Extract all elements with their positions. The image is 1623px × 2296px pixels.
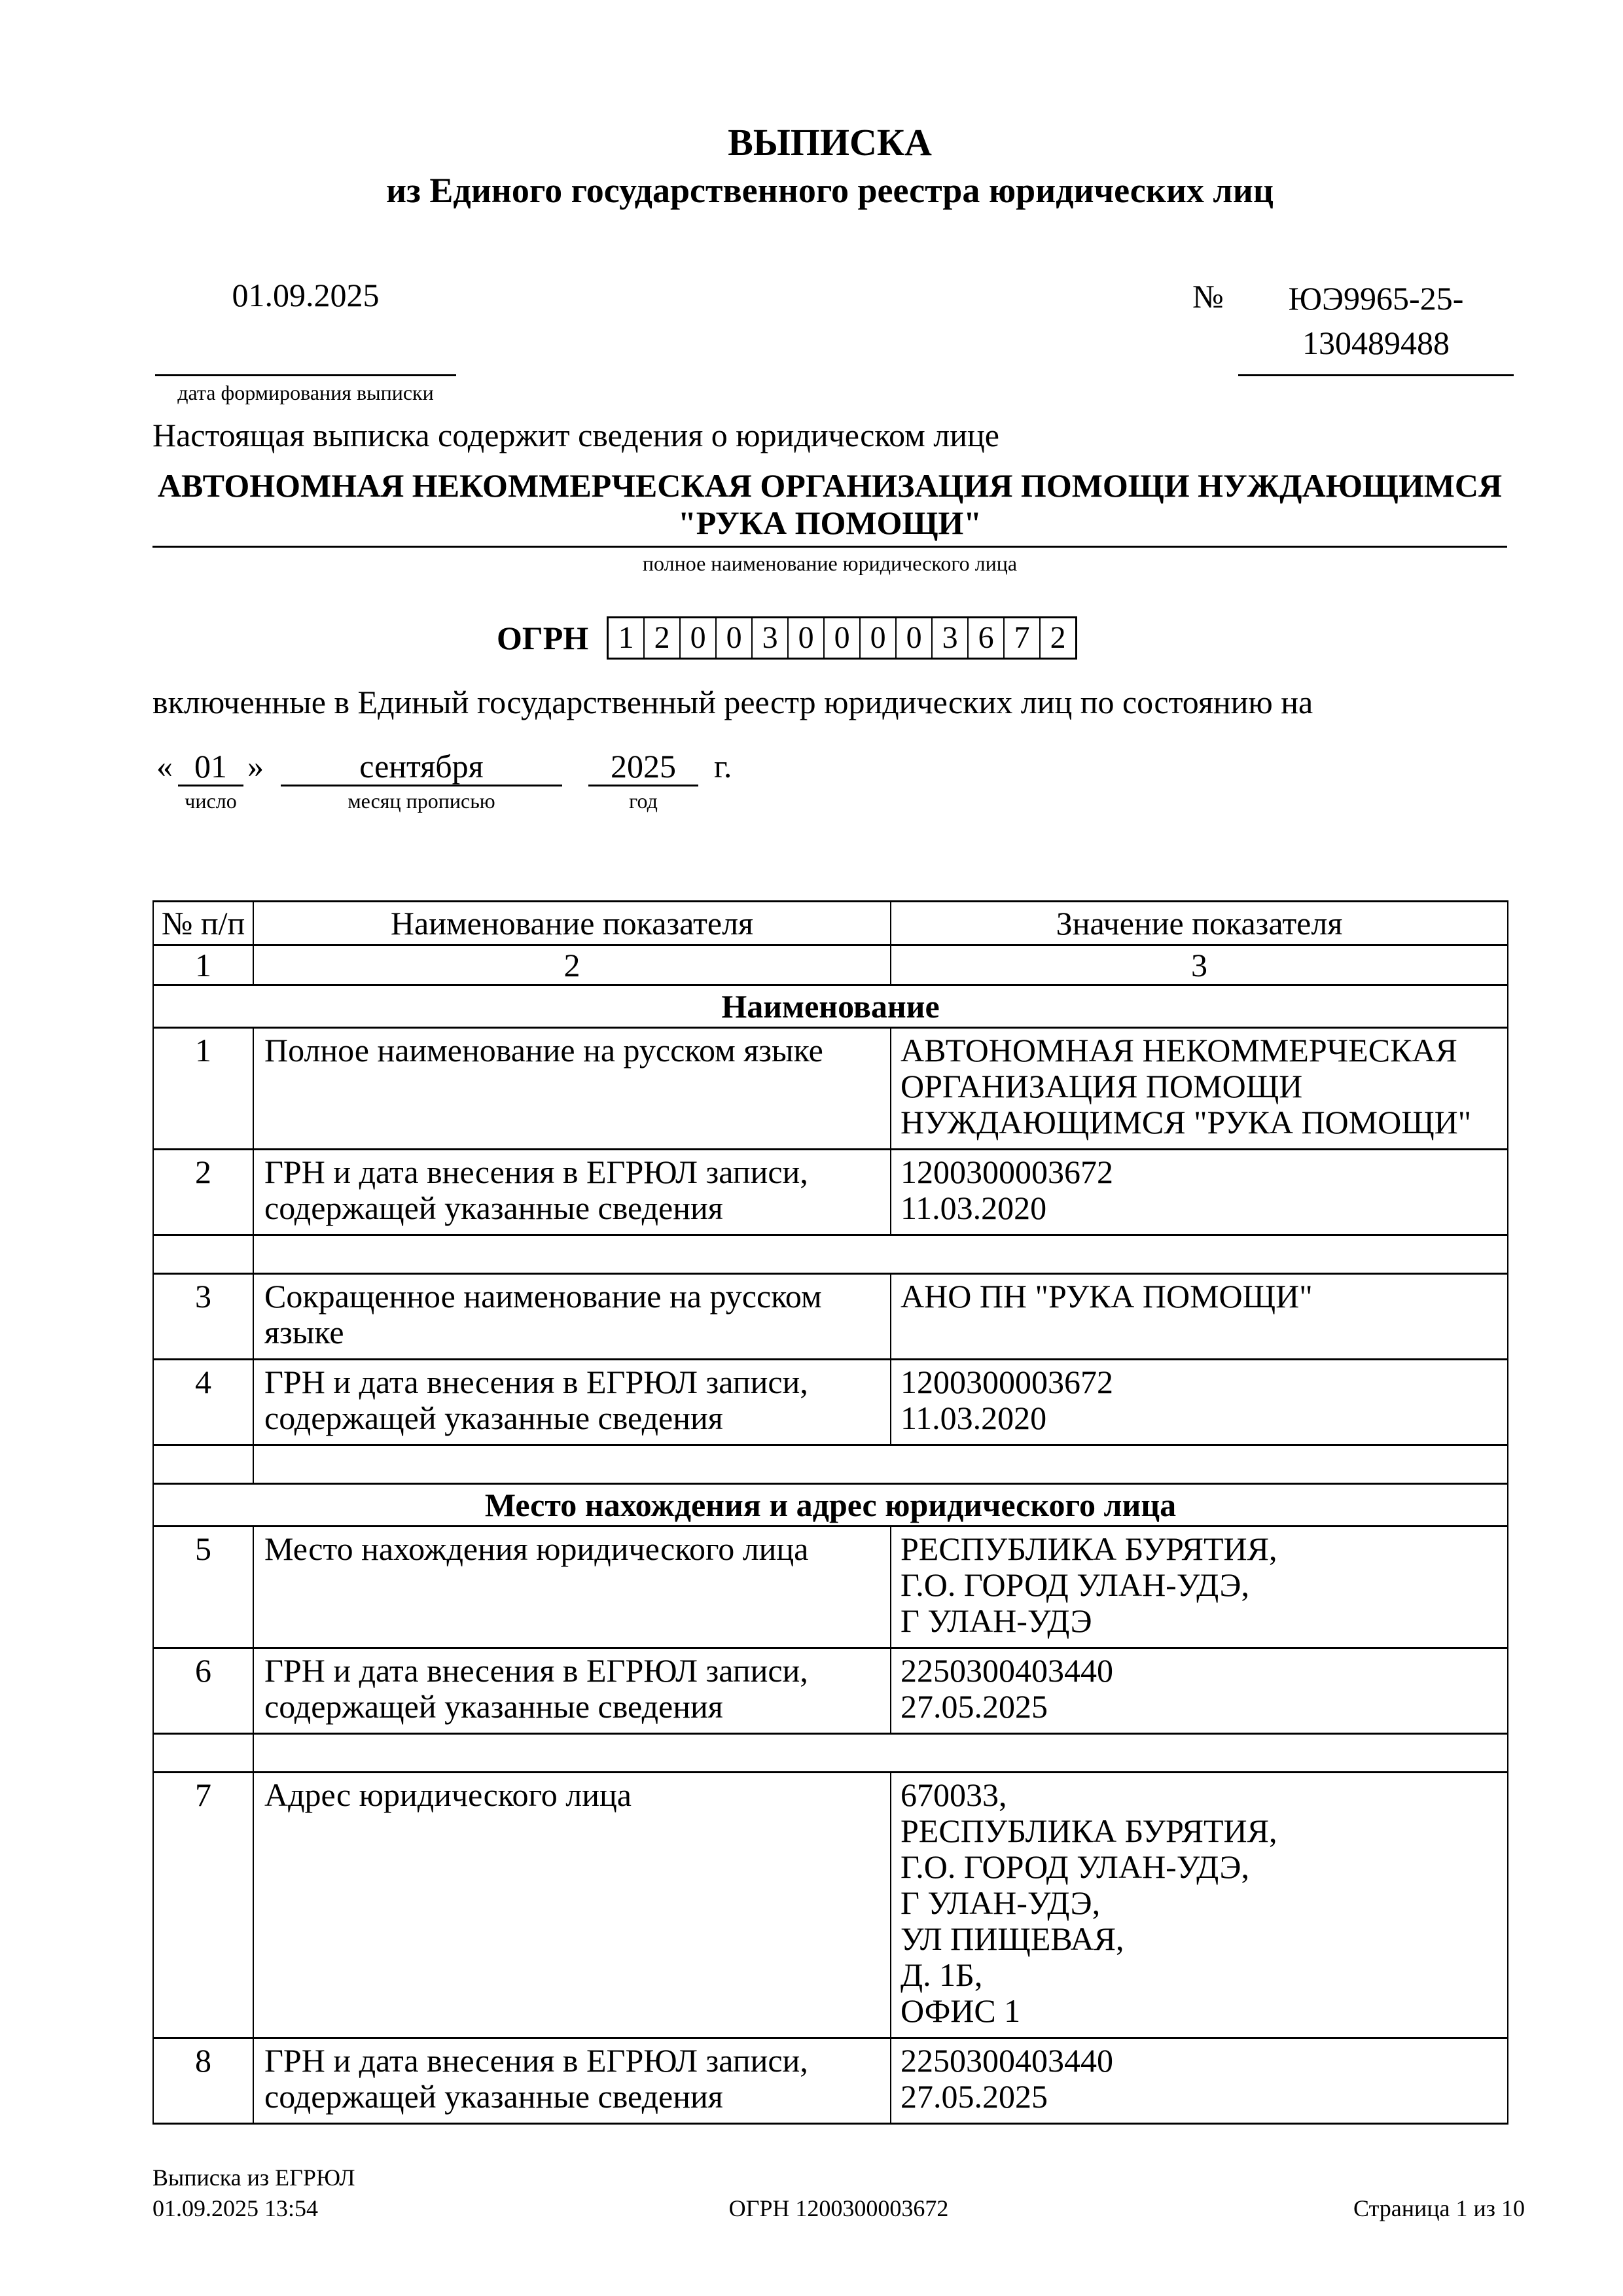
ogrn-row: ОГРН 1 2 0 0 3 0 0 0 0 3 6 7 2 [152,616,1507,660]
org-name-caption: полное наименование юридического лица [152,552,1507,576]
table-row: 3 Сокращенное наименование на русском яз… [153,1273,1508,1359]
document-content: ВЫПИСКА из Единого государственного реес… [152,0,1507,2125]
section-title: Наименование [153,985,1508,1027]
footer-datetime: 01.09.2025 13:54 [152,2193,729,2224]
ogrn-digit-cell: 0 [895,618,931,658]
footer-page-number: Страница 1 из 10 [948,2193,1525,2224]
row-value-cell: АВТОНОМНАЯ НЕКОММЕРЧЕСКАЯ ОРГАНИЗАЦИЯ ПО… [891,1027,1508,1149]
extract-number: ЮЭ9965-25- 130489488 [1238,276,1514,374]
month-caption: месяц прописью [281,789,562,813]
footer-doc-type: Выписка из ЕГРЮЛ [152,2163,729,2193]
row-value-cell: РЕСПУБЛИКА БУРЯТИЯ, Г.О. ГОРОД УЛАН-УДЭ,… [891,1526,1508,1648]
col-number-2: 2 [253,945,891,985]
row-value-cell: 670033, РЕСПУБЛИКА БУРЯТИЯ, Г.О. ГОРОД У… [891,1772,1508,2038]
table-row: 5 Место нахождения юридического лица РЕС… [153,1526,1508,1648]
header-meta-row: 01.09.2025 дата формирования выписки № Ю… [152,276,1507,407]
number-sign: № [1192,277,1224,315]
ogrn-digit-cell: 3 [931,618,967,658]
row-name-cell: ГРН и дата внесения в ЕГРЮЛ записи, соде… [253,1149,891,1235]
ogrn-label: ОГРН [497,619,588,657]
org-full-name: АВТОНОМНАЯ НЕКОММЕРЧЕСКАЯ ОРГАНИЗАЦИЯ ПО… [152,467,1507,542]
section-row-address: Место нахождения и адрес юридического ли… [153,1483,1508,1526]
year-suffix: г. [714,747,732,785]
extract-number-underline [1238,374,1514,376]
row-value-cell: 1200300003672 11.03.2020 [891,1359,1508,1445]
extract-number-block: № ЮЭ9965-25- 130489488 [1238,276,1514,376]
included-line: включенные в Единый государственный реес… [152,683,1507,721]
as-of-year: 2025 [611,748,676,785]
ogrn-digit-cell: 2 [1039,618,1075,658]
ogrn-digit-cell: 3 [751,618,787,658]
row-name-cell: ГРН и дата внесения в ЕГРЮЛ записи, соде… [253,2038,891,2123]
col-number-3: 3 [891,945,1508,985]
row-number-cell: 3 [153,1273,253,1359]
row-value-cell: 2250300403440 27.05.2025 [891,2038,1508,2123]
section-row-naming: Наименование [153,985,1508,1027]
registry-table: № п/п Наименование показателя Значение п… [152,900,1508,2125]
spacer-row [153,1733,1508,1772]
row-value-cell: 1200300003672 11.03.2020 [891,1149,1508,1235]
row-number-cell: 7 [153,1772,253,2038]
row-value-cell: 2250300403440 27.05.2025 [891,1648,1508,1733]
header-value: Значение показателя [891,901,1508,945]
spacer-row [153,1235,1508,1273]
footer-left: Выписка из ЕГРЮЛ 01.09.2025 13:54 [152,2163,729,2224]
day-caption: число [178,789,243,813]
row-name-cell: Сокращенное наименование на русском язык… [253,1273,891,1359]
ogrn-digit-cell: 0 [859,618,895,658]
as-of-year-segment: 2025 год [588,747,698,786]
as-of-month-segment: сентября месяц прописью [281,747,562,786]
extract-date-block: 01.09.2025 дата формирования выписки [155,276,456,404]
ogrn-digit-boxes: 1 2 0 0 3 0 0 0 0 3 6 7 2 [607,616,1077,660]
as-of-month: сентября [359,748,483,785]
org-name-rule [152,546,1507,548]
ogrn-digit-cell: 1 [609,618,643,658]
row-name-cell: Место нахождения юридического лица [253,1526,891,1648]
as-of-day: 01 [194,748,227,785]
row-number-cell: 1 [153,1027,253,1149]
ogrn-digit-cell: 2 [643,618,679,658]
row-number-cell: 4 [153,1359,253,1445]
row-number-cell: 8 [153,2038,253,2123]
row-name-cell: ГРН и дата внесения в ЕГРЮЛ записи, соде… [253,1359,891,1445]
row-number-cell: 5 [153,1526,253,1648]
spacer-row [153,1445,1508,1483]
extract-date-underline [155,374,456,376]
table-row: 4 ГРН и дата внесения в ЕГРЮЛ записи, со… [153,1359,1508,1445]
table-row: 8 ГРН и дата внесения в ЕГРЮЛ записи, со… [153,2038,1508,2123]
row-name-cell: Адрес юридического лица [253,1772,891,2038]
section-title: Место нахождения и адрес юридического ли… [153,1483,1508,1526]
extract-date-caption: дата формирования выписки [155,381,456,404]
table-row: 7 Адрес юридического лица 670033, РЕСПУБ… [153,1772,1508,2038]
ogrn-digit-cell: 0 [715,618,751,658]
document-subtitle: из Единого государственного реестра юрид… [152,170,1507,211]
document-title: ВЫПИСКА [152,121,1507,165]
ogrn-digit-cell: 0 [787,618,823,658]
table-row: 6 ГРН и дата внесения в ЕГРЮЛ записи, со… [153,1648,1508,1733]
column-numbers-row: 1 2 3 [153,945,1508,985]
year-caption: год [588,789,698,813]
table-header-row: № п/п Наименование показателя Значение п… [153,901,1508,945]
col-number-1: 1 [153,945,253,985]
as-of-date-row: « 01 число » сентября месяц прописью 202… [152,747,1507,822]
ogrn-digit-cell: 7 [1003,618,1039,658]
page-footer: Выписка из ЕГРЮЛ 01.09.2025 13:54 ОГРН 1… [152,2163,1525,2224]
row-number-cell: 6 [153,1648,253,1733]
row-name-cell: Полное наименование на русском языке [253,1027,891,1149]
document-page: ВЫПИСКА из Единого государственного реес… [0,0,1623,2296]
row-number-cell: 2 [153,1149,253,1235]
ogrn-digit-cell: 0 [679,618,715,658]
header-name: Наименование показателя [253,901,891,945]
as-of-day-segment: 01 число [178,747,243,786]
intro-line: Настоящая выписка содержит сведения о юр… [152,416,1507,454]
ogrn-digit-cell: 0 [823,618,859,658]
close-quote: » [247,747,264,785]
extract-date: 01.09.2025 [155,276,456,374]
row-name-cell: ГРН и дата внесения в ЕГРЮЛ записи, соде… [253,1648,891,1733]
ogrn-digit-cell: 6 [967,618,1003,658]
footer-ogrn: ОГРН 1200300003672 [729,2193,949,2224]
open-quote: « [156,747,173,785]
table-row: 1 Полное наименование на русском языке А… [153,1027,1508,1149]
header-num: № п/п [153,901,253,945]
table-row: 2 ГРН и дата внесения в ЕГРЮЛ записи, со… [153,1149,1508,1235]
row-value-cell: АНО ПН "РУКА ПОМОЩИ" [891,1273,1508,1359]
